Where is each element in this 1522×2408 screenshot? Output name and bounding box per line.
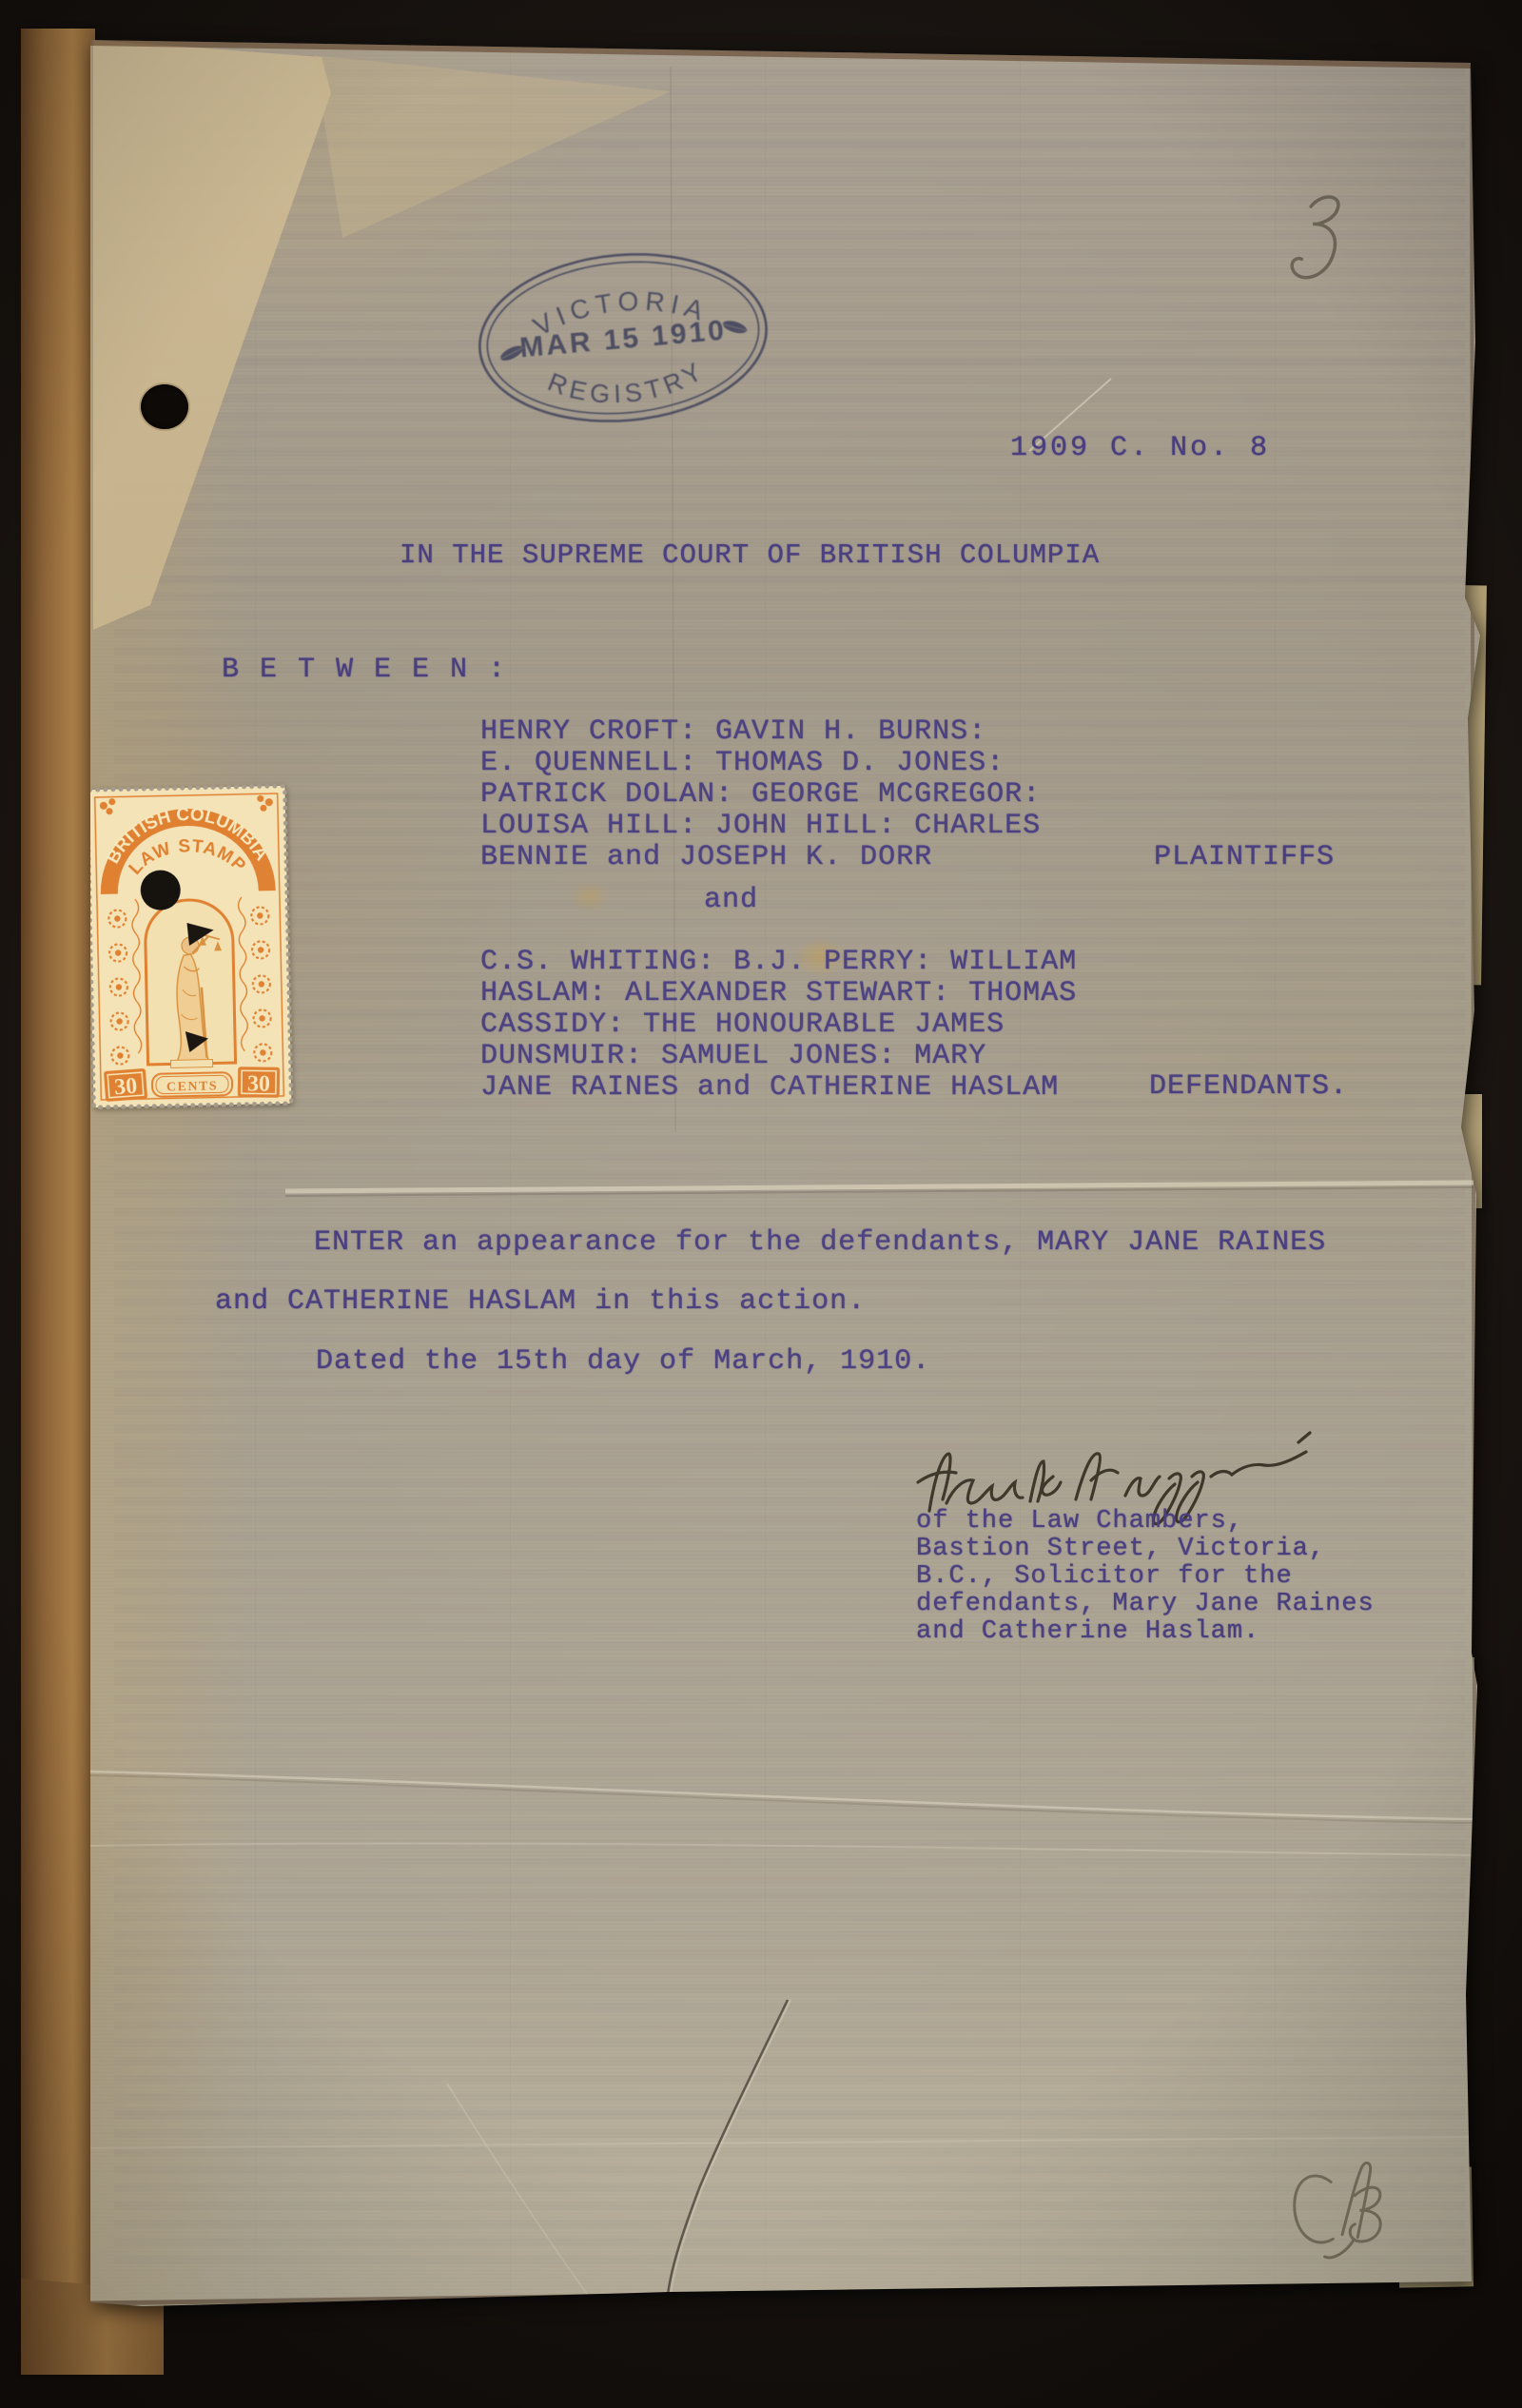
stamp-value-left: 30 [104, 1068, 147, 1102]
svg-text:CENTS: CENTS [166, 1079, 218, 1094]
defendant-line: CASSIDY: THE HONOURABLE JAMES [480, 1009, 1077, 1041]
solicitor-line: defendants, Mary Jane Raines [916, 1591, 1375, 1618]
dated-line: Dated the 15th day of March, 1910. [316, 1346, 930, 1378]
svg-text:30: 30 [247, 1071, 270, 1096]
plaintiff-line: BENNIE and JOSEPH K. DORR [480, 842, 1041, 873]
between-label: B E T W E E N : [222, 655, 507, 686]
conjunction-and: and [704, 885, 758, 916]
punch-hole [141, 384, 188, 429]
plaintiffs-label: PLAINTIFFS [1154, 842, 1335, 873]
plaintiff-line: LOUISA HILL: JOHN HILL: CHARLES [480, 811, 1041, 842]
stamp-value-right: 30 [238, 1067, 280, 1098]
body-line-2: and CATHERINE HASLAM in this action. [215, 1286, 866, 1318]
stamp-cents-plaque: CENTS [152, 1072, 232, 1097]
paper-wrap: VICTORIA REGISTRY MAR 15 1910 1909 C. No… [0, 0, 1522, 2408]
verso-ink-bleedthrough [114, 67, 1465, 2264]
photo-background: VICTORIA REGISTRY MAR 15 1910 1909 C. No… [0, 0, 1522, 2408]
defendants-label: DEFENDANTS. [1149, 1071, 1348, 1103]
plaintiff-line: E. QUENNELL: THOMAS D. JONES: [480, 748, 1041, 779]
pencil-initials [1275, 2138, 1426, 2276]
plaintiff-line: HENRY CROFT: GAVIN H. BURNS: [480, 716, 1041, 748]
solicitor-line: of the Law Chambers, [916, 1508, 1375, 1536]
court-title: IN THE SUPREME COURT OF BRITISH COLUMPIA [400, 539, 1100, 571]
body-line-1: ENTER an appearance for the defendants, … [314, 1227, 1326, 1259]
solicitor-line: Bastion Street, Victoria, [916, 1536, 1375, 1563]
victoria-registry-stamp: VICTORIA REGISTRY MAR 15 1910 [463, 232, 783, 443]
document-page: VICTORIA REGISTRY MAR 15 1910 1909 C. No… [0, 0, 1522, 2408]
bc-law-stamp: BRITISH COLUMBIA LAW STAMP [85, 784, 293, 1109]
solicitor-block: of the Law Chambers, Bastion Street, Vic… [916, 1508, 1375, 1646]
plaintiffs-block: HENRY CROFT: GAVIN H. BURNS: E. QUENNELL… [480, 716, 1041, 873]
defendant-line: JANE RAINES and CATHERINE HASLAM [480, 1072, 1077, 1104]
case-number: 1909 C. No. 8 [1010, 433, 1270, 464]
svg-text:30: 30 [113, 1074, 138, 1101]
plaintiff-line: PATRICK DOLAN: GEORGE MCGREGOR: [480, 779, 1041, 811]
defendant-line: DUNSMUIR: SAMUEL JONES: MARY [480, 1041, 1077, 1072]
solicitor-line: B.C., Solicitor for the [916, 1563, 1375, 1591]
defendants-block: C.S. WHITING: B.J. PERRY: WILLIAM HASLAM… [480, 947, 1077, 1104]
registry-stamp-office: REGISTRY [541, 354, 712, 415]
defendant-line: C.S. WHITING: B.J. PERRY: WILLIAM [480, 947, 1077, 978]
defendant-line: HASLAM: ALEXANDER STEWART: THOMAS [480, 978, 1077, 1009]
pencil-page-number [1268, 179, 1366, 311]
svg-text:REGISTRY: REGISTRY [541, 354, 712, 415]
solicitor-line: and Catherine Haslam. [916, 1618, 1375, 1646]
